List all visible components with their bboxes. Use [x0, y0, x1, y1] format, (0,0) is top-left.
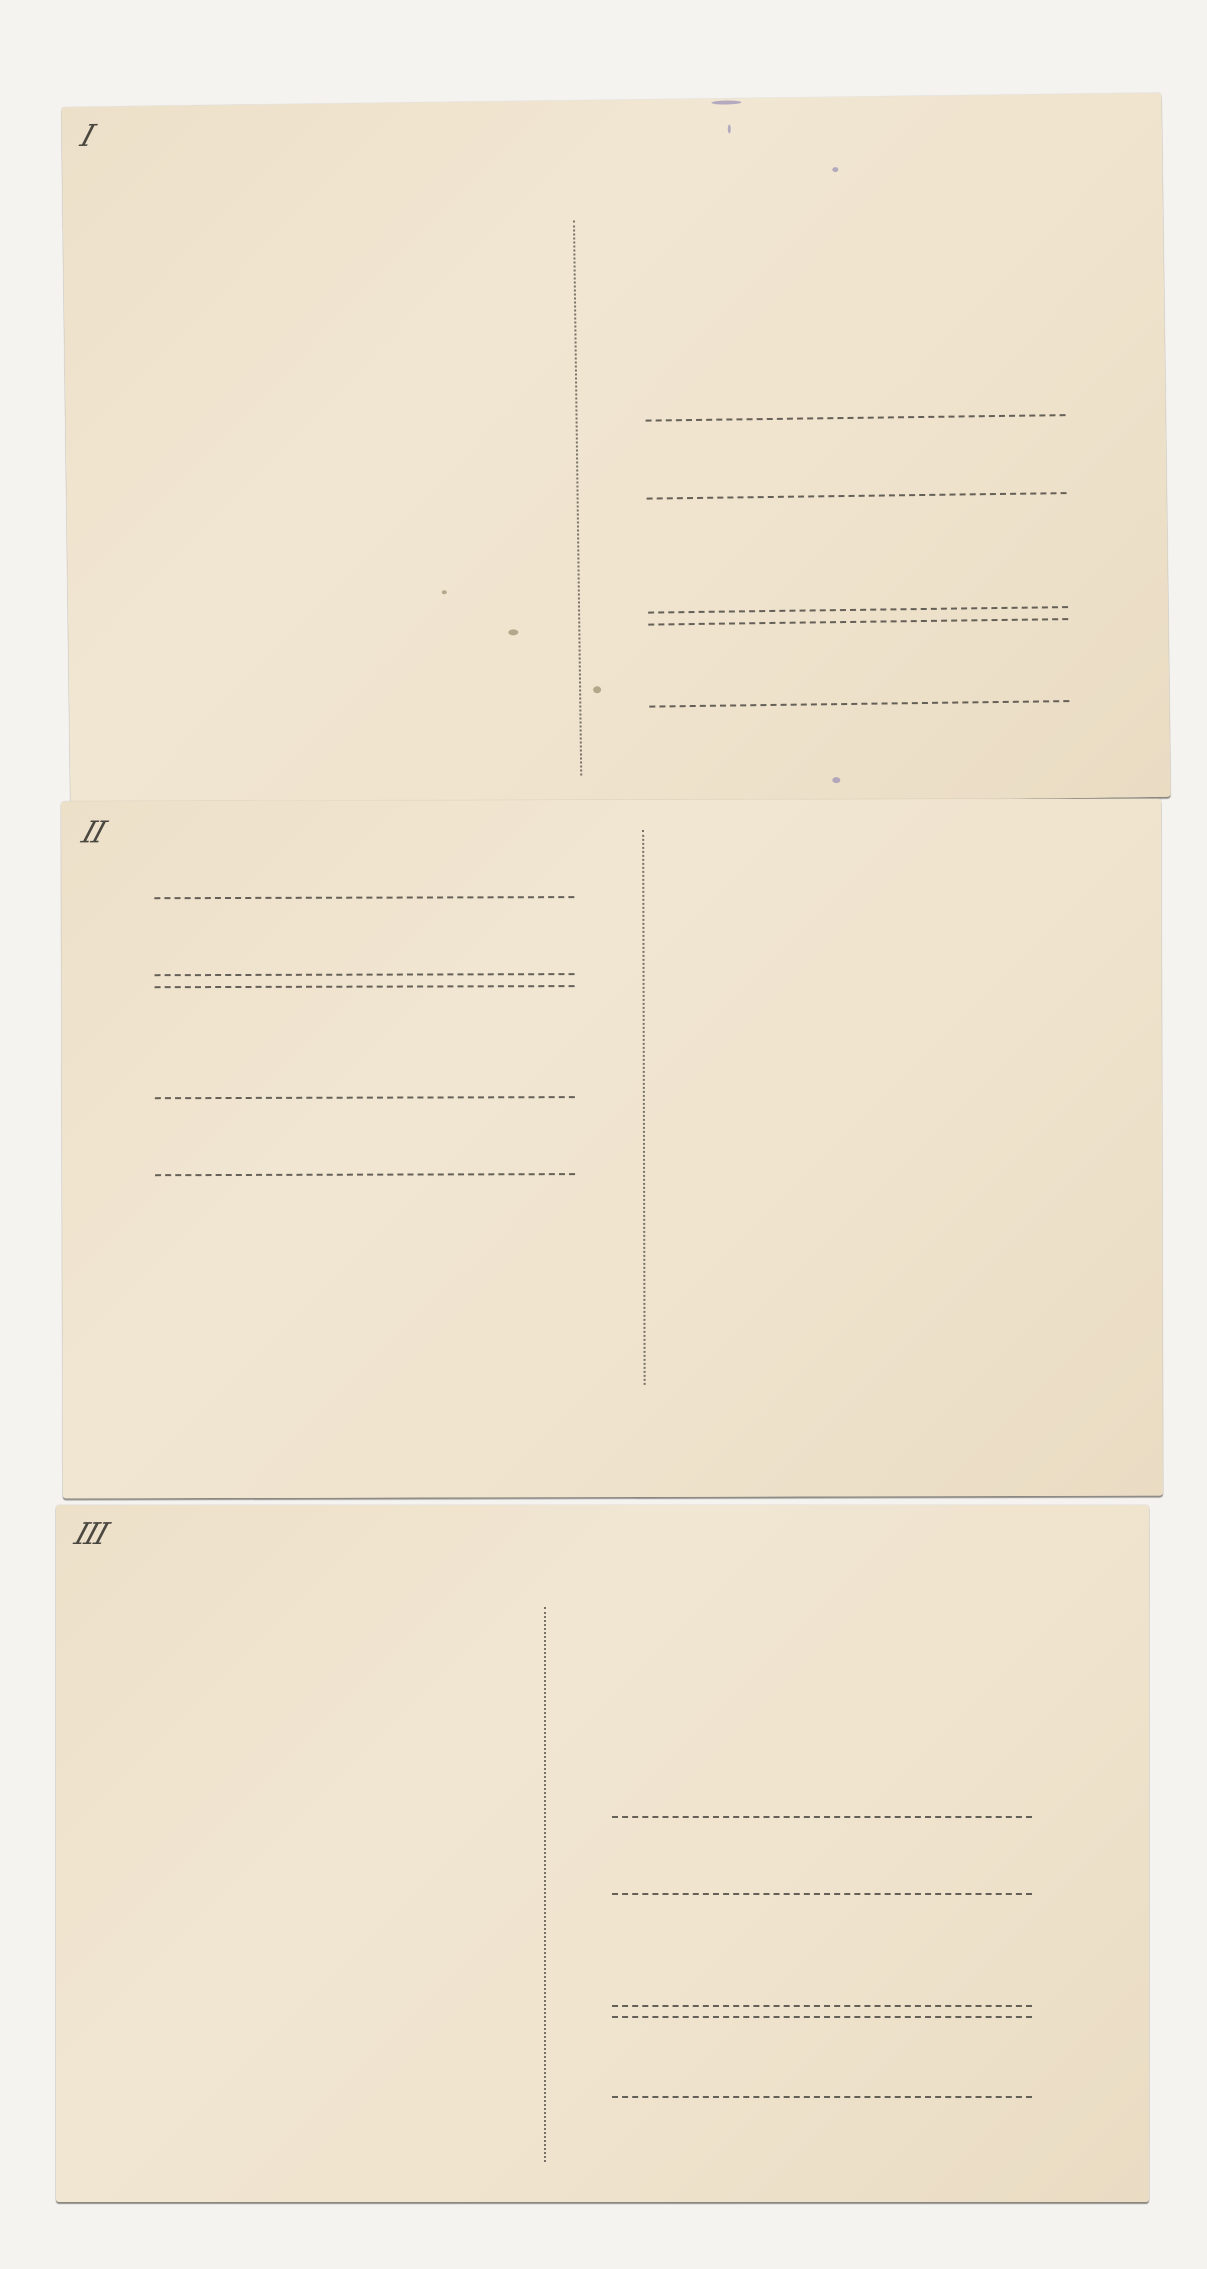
stamp-residue	[832, 167, 838, 172]
card-number-label: I	[76, 119, 97, 154]
stain	[442, 590, 447, 594]
divider-line	[544, 1607, 546, 2162]
address-line	[155, 1173, 575, 1176]
address-line	[612, 2005, 1032, 2007]
address-line	[648, 606, 1068, 613]
address-line	[646, 414, 1066, 421]
stamp-residue	[728, 124, 731, 133]
postcard-3: III	[56, 1505, 1149, 2202]
divider-line	[573, 221, 582, 776]
address-line	[647, 492, 1067, 499]
address-line	[155, 985, 575, 988]
address-line	[155, 973, 575, 976]
stamp-residue	[832, 777, 840, 783]
address-line	[154, 896, 574, 899]
address-line	[612, 2096, 1032, 2098]
stain	[508, 629, 518, 635]
address-line	[612, 1893, 1032, 1895]
address-line	[648, 618, 1068, 625]
card-number-label: III	[70, 1517, 111, 1552]
postcard-1: I	[61, 93, 1170, 811]
address-line	[649, 700, 1069, 707]
stain	[593, 686, 601, 693]
postcard-2: II	[61, 799, 1163, 1499]
address-line	[612, 2016, 1032, 2018]
stamp-residue	[711, 100, 741, 104]
card-number-label: II	[78, 815, 109, 850]
address-line	[612, 1816, 1032, 1818]
divider-line	[642, 830, 645, 1385]
address-line	[155, 1096, 575, 1099]
